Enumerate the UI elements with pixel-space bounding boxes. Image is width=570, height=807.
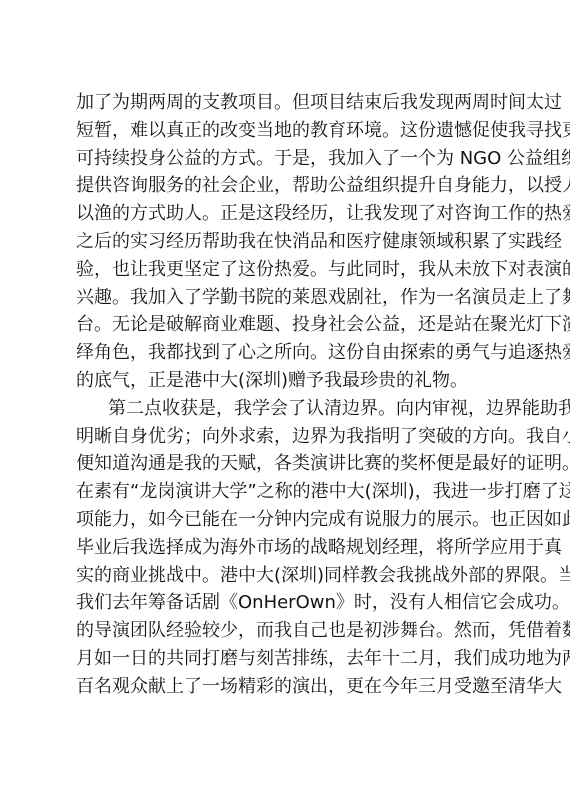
text-line: 毕业后我选择成为海外市场的战略规划经理，将所学应用于真 [76,534,486,562]
text-line: 短暂，难以真正的改变当地的教育环境。这份遗憾促使我寻找更 [76,117,486,145]
text-line: 的导演团队经验较少，而我自己也是初涉舞台。然而，凭借着数 [76,617,486,645]
text-line: 项能力，如今已能在一分钟内完成有说服力的展示。也正因如此， [76,506,486,534]
text-line: 百名观众献上了一场精彩的演出，更在今年三月受邀至清华大 [76,673,486,701]
text-line: 在素有“龙岗演讲大学”之称的港中大(深圳)，我进一步打磨了这 [76,478,486,506]
text-line: 实的商业挑战中。港中大(深圳)同样教会我挑战外部的界限。当 [76,562,486,590]
document-page: 加了为期两周的支教项目。但项目结束后我发现两周时间太过 短暂，难以真正的改变当地… [0,0,570,807]
text-line: 验，也让我更坚定了这份热爱。与此同时，我从未放下对表演的 [76,256,486,284]
text-line: 可持续投身公益的方式。于是，我加入了一个为 NGO 公益组织 [76,145,486,173]
text-line: 兴趣。我加入了学勤书院的莱恩戏剧社，作为一名演员走上了舞 [76,284,486,312]
paragraph-end-line: 的底气，正是港中大(深圳)赠予我最珍贵的礼物。 [76,367,486,395]
text-line: 加了为期两周的支教项目。但项目结束后我发现两周时间太过 [76,89,486,117]
text-line: 绎角色，我都找到了心之所向。这份自由探索的勇气与追逐热爱 [76,339,486,367]
body-text: 加了为期两周的支教项目。但项目结束后我发现两周时间太过 短暂，难以真正的改变当地… [76,89,486,701]
text-line: 以渔的方式助人。正是这段经历，让我发现了对咨询工作的热爱。 [76,200,486,228]
text-line: 我们去年筹备话剧《OnHerOwn》时，没有人相信它会成功。我们 [76,589,486,617]
text-line: 便知道沟通是我的天赋，各类演讲比赛的奖杯便是最好的证明。 [76,450,486,478]
text-line: 月如一日的共同打磨与刻苦排练，去年十二月，我们成功地为两 [76,645,486,673]
text-line: 提供咨询服务的社会企业，帮助公益组织提升自身能力，以授人 [76,172,486,200]
text-line: 之后的实习经历帮助我在快消品和医疗健康领域积累了实践经 [76,228,486,256]
text-line: 明晰自身优劣；向外求索，边界为我指明了突破的方向。我自小 [76,423,486,451]
text-line: 台。无论是破解商业难题、投身社会公益，还是站在聚光灯下演 [76,311,486,339]
paragraph-start-line: 第二点收获是，我学会了认清边界。向内审视，边界能助我 [76,395,486,423]
